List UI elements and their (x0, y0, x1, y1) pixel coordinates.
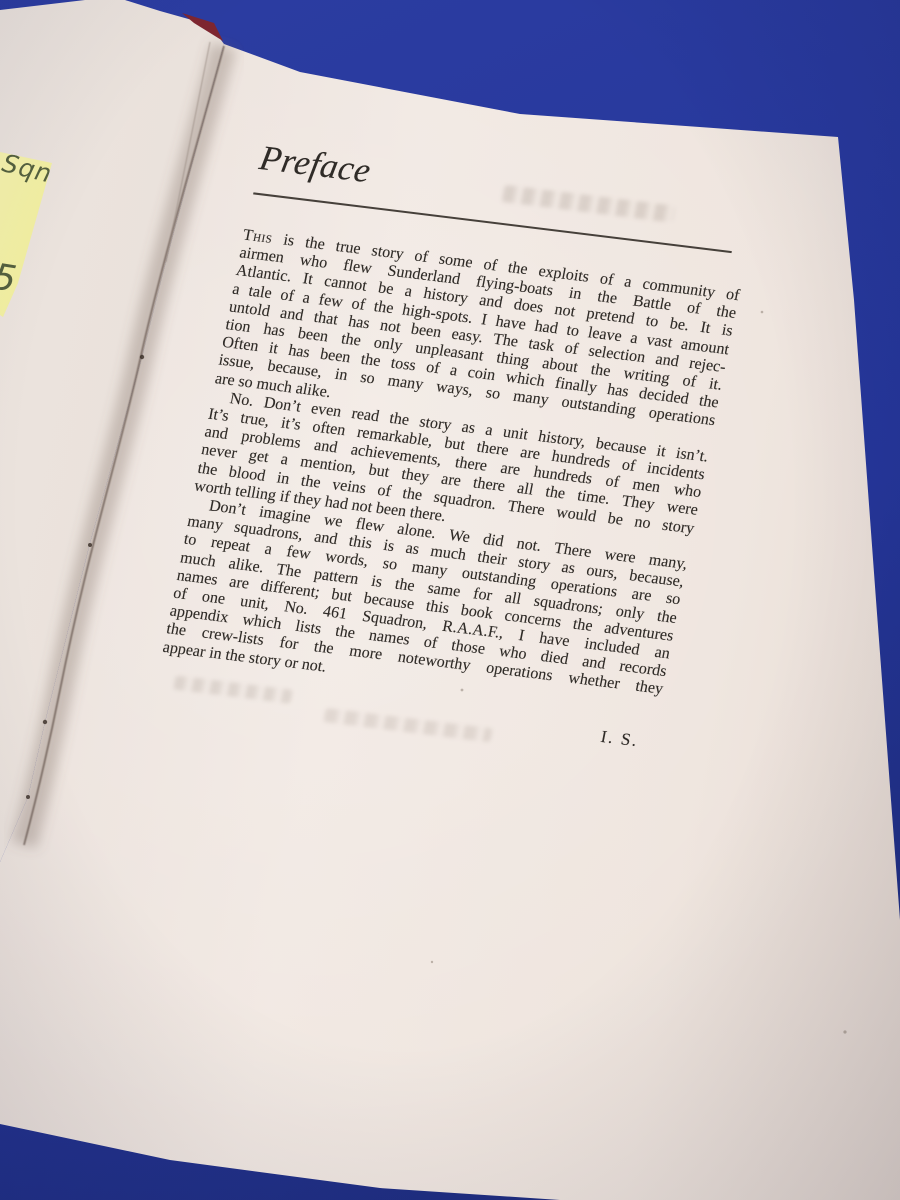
book-photo: Preface This is the true story of some o… (0, 0, 900, 1200)
preface-paragraphs: This is the true story of some of the ex… (161, 227, 741, 718)
lead-word-small-caps: This (242, 227, 275, 247)
preface-page-content: Preface This is the true story of some o… (154, 138, 758, 753)
